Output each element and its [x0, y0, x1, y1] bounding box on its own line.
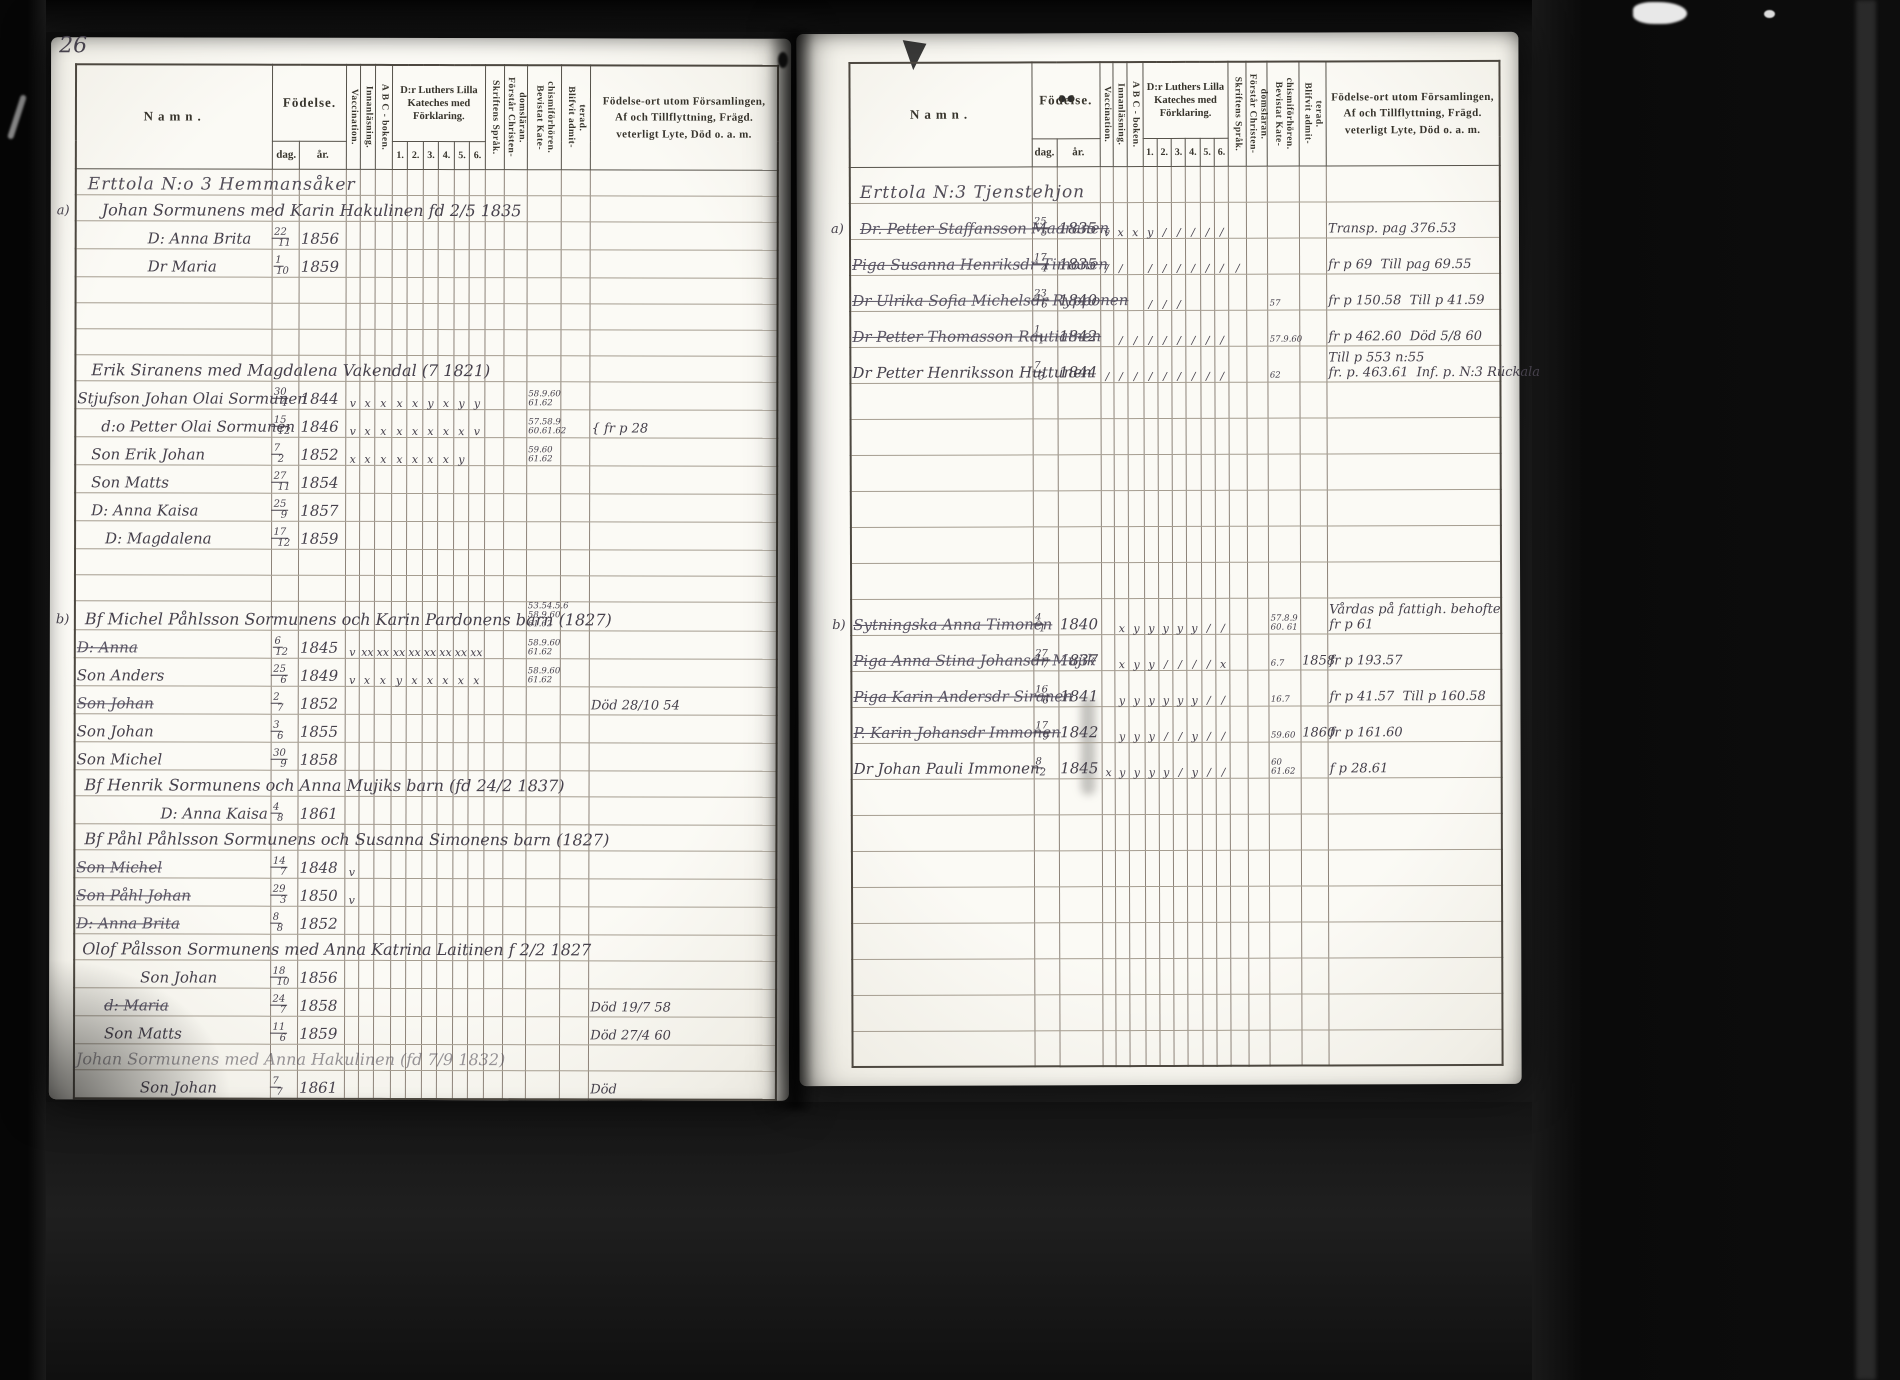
cell-mark: y — [454, 381, 470, 409]
section-title-row: Erttola N:o 3 Hemmansåker — [76, 168, 778, 195]
birth-day-denominator: 7 — [276, 1087, 282, 1097]
examination-mark: / — [1175, 730, 1186, 741]
cell-admitterad — [1302, 993, 1329, 1029]
cell-mark — [1174, 886, 1188, 922]
cell-bevistat — [526, 742, 560, 770]
examination-mark: y — [1160, 622, 1171, 633]
cell-birth-year: 1852 — [298, 686, 344, 714]
examination-mark: / — [1216, 226, 1227, 237]
examination-mark: x — [424, 675, 436, 686]
cell-mark — [484, 658, 503, 686]
examination-mark: / — [1175, 766, 1186, 777]
cell-mark — [359, 850, 374, 878]
cell-mark — [374, 714, 391, 742]
cell-mark: y — [1129, 706, 1145, 742]
cell-remark — [1327, 525, 1501, 562]
cell-mark: / — [1128, 346, 1144, 382]
record-row: Son Michel1471848v — [74, 849, 776, 878]
cell-mark — [1159, 922, 1173, 958]
examination-mark: y — [1130, 695, 1143, 706]
birth-day: 247 — [273, 994, 290, 1015]
cell-mark — [1144, 454, 1158, 490]
cell-name: D: Magdalena — [75, 520, 272, 548]
remark-note: f p 28.61 — [1330, 761, 1500, 776]
column-header-skriftens-sprak: Skriftens Språk. — [485, 65, 504, 169]
cell-mark — [1158, 382, 1172, 418]
cell-mark — [361, 169, 376, 195]
cell-mark — [1102, 850, 1116, 886]
cell-mark — [502, 960, 525, 988]
cell-birth-day — [1034, 886, 1059, 922]
cell-admitterad — [560, 549, 590, 575]
examination-mark: y — [1130, 731, 1143, 742]
cell-mark — [391, 575, 407, 601]
cell-mark — [1186, 274, 1200, 310]
cell-mark — [374, 988, 391, 1016]
cell-mark — [1174, 850, 1188, 886]
cell-mark — [1158, 418, 1172, 454]
cell-bevistat — [527, 549, 561, 575]
column-header-namn: Namn. — [76, 64, 273, 168]
birth-year: 1857 — [300, 501, 338, 519]
cell-mark — [1144, 418, 1158, 454]
record-row: Son Michel3091858 — [75, 741, 777, 770]
person-name: Johan Sormunens med Karin Hakulinen fd 2… — [78, 200, 522, 220]
cell-mark: y — [1173, 598, 1187, 634]
cell-mark — [437, 960, 453, 988]
cell-admitterad — [561, 221, 591, 249]
column-header-katekes-3: 3. — [1171, 138, 1185, 166]
cell-mark — [1128, 526, 1144, 562]
cell-birth-day — [1034, 850, 1059, 886]
cell-birth-year — [1059, 922, 1102, 958]
cell-mark — [483, 1016, 502, 1044]
cell-birth-day — [1033, 382, 1058, 418]
cell-mark — [503, 878, 526, 906]
examination-mark: / — [1188, 334, 1199, 345]
cell-remark — [590, 329, 777, 355]
cell-mark — [503, 714, 526, 742]
cell-mark — [1215, 382, 1229, 418]
cell-mark — [454, 249, 470, 277]
examination-mark: x — [361, 674, 373, 685]
cell-birth-year: 1861 — [298, 796, 344, 824]
cell-mark — [359, 906, 374, 934]
cell-mark — [375, 221, 392, 249]
cell-admitterad — [1300, 453, 1327, 489]
cell-bevistat: 58.9.60 61.62 — [527, 381, 561, 409]
cell-mark — [1202, 922, 1216, 958]
cell-birth-year — [299, 549, 345, 575]
cell-mark: / — [1157, 274, 1171, 310]
birth-year: 1845 — [300, 638, 338, 656]
cell-remark — [589, 714, 776, 742]
empty-row — [850, 381, 1500, 419]
cell-mark — [1102, 886, 1116, 922]
cell-mark — [1216, 562, 1230, 598]
person-name: Bf Michel Påhlsson Sormunens och Karin P… — [77, 609, 612, 629]
cell-birth-day — [1033, 418, 1058, 454]
cell-mark — [1215, 274, 1229, 310]
cell-bevistat — [527, 329, 561, 355]
cell-mark — [485, 303, 504, 329]
cell-mark: xx — [438, 630, 454, 658]
cell-mark — [407, 521, 423, 549]
cell-remark — [591, 169, 778, 195]
cell-mark — [423, 465, 439, 493]
person-name: Son Johan — [76, 968, 217, 986]
empty-row — [852, 777, 1502, 815]
cell-birth-day — [1033, 454, 1058, 490]
cell-bevistat — [526, 878, 560, 906]
cell-mark — [468, 906, 484, 934]
cell-bevistat: 60 61.62 — [1270, 742, 1301, 778]
cell-mark — [422, 714, 438, 742]
examination-mark: / — [1145, 371, 1156, 382]
cell-mark — [1116, 814, 1130, 850]
cell-mark — [422, 988, 438, 1016]
cell-mark — [361, 221, 376, 249]
remark-note: fr p 161.60 — [1330, 725, 1500, 740]
cell-mark — [1248, 670, 1270, 706]
film-edge-strip — [1856, 0, 1876, 1380]
bevistat-note: 58.9.60 61.62 — [528, 639, 559, 658]
column-header-katekes-2: 2. — [1157, 138, 1171, 166]
cell-mark: v — [344, 850, 359, 878]
examination-mark: / — [1173, 226, 1184, 237]
examination-mark: y — [471, 398, 483, 409]
cell-mark — [1115, 490, 1129, 526]
cell-mark — [406, 850, 422, 878]
cell-remark: Transp. pag 376.53 — [1326, 201, 1500, 238]
birth-day-denominator: 9 — [281, 510, 287, 520]
cell-bevistat — [527, 169, 561, 195]
cell-mark: x — [360, 381, 375, 409]
record-row: Bf Henrik Sormunens och Anna Mujiks barn… — [75, 769, 777, 796]
birth-year: 1859 — [301, 257, 339, 275]
cell-admitterad — [561, 329, 591, 355]
examination-mark: x — [455, 426, 467, 437]
cell-mark — [1144, 526, 1158, 562]
birth-day: 1810 — [273, 966, 290, 987]
cell-mark — [1128, 562, 1144, 598]
cell-remark — [1326, 165, 1500, 202]
cell-mark — [1158, 490, 1172, 526]
examination-mark: y — [1189, 694, 1200, 705]
cell-mark — [1249, 994, 1271, 1030]
cell-mark — [422, 742, 438, 770]
cell-mark: / — [1157, 238, 1171, 274]
empty-row — [851, 489, 1501, 527]
examination-mark: y — [1160, 766, 1171, 777]
person-name: Son Michel — [77, 750, 163, 768]
person-name: Son Anders — [77, 666, 165, 684]
cell-mark: v — [469, 409, 485, 437]
cell-bevistat: 62 — [1268, 346, 1299, 382]
household-title: Erttola N:3 Tjenstehjon — [852, 182, 1085, 203]
cell-remark — [590, 381, 777, 409]
cell-birth-year: 1852 — [299, 437, 345, 465]
cell-remark — [590, 277, 777, 303]
record-row: Son Påhl Johan2931850v — [74, 877, 776, 906]
examination-mark: y — [1146, 731, 1157, 742]
cell-mark — [1114, 454, 1128, 490]
cell-mark — [452, 988, 468, 1016]
cell-admitterad — [561, 195, 591, 221]
cell-mark — [391, 988, 407, 1016]
column-header-katekes-4: 4. — [439, 141, 455, 169]
cell-admitterad — [1301, 885, 1328, 921]
cell-mark — [375, 575, 392, 601]
cell-mark — [484, 742, 503, 770]
birth-year: 1856 — [301, 229, 339, 247]
cell-mark — [438, 493, 454, 521]
cell-mark — [1129, 886, 1145, 922]
cell-mark — [502, 1016, 525, 1044]
cell-mark — [470, 169, 486, 195]
cell-mark — [504, 409, 527, 437]
record-row: D: Anna6121845vxxxxxxxxxxxxxxxx58.9.60 6… — [75, 629, 777, 658]
cell-name — [75, 574, 272, 600]
record-table-right: Namn. Födelse. Vaccination. Innanläsning… — [848, 60, 1503, 1068]
record-row: a)Johan Sormunens med Karin Hakulinen fd… — [76, 194, 778, 221]
remark-note: fr p 193.57 — [1329, 653, 1499, 668]
cell-admitterad — [559, 960, 589, 988]
bevistat-note: 58.9.60 61.62 — [528, 667, 559, 686]
examination-mark: / — [1218, 766, 1229, 777]
record-row: d: Maria2471858Död 19/7 58 — [74, 987, 776, 1016]
cell-bevistat — [1268, 238, 1299, 274]
cell-mark — [504, 169, 527, 195]
examination-mark: / — [1203, 622, 1214, 633]
cell-bevistat — [527, 277, 561, 303]
cell-name: Bf Henrik Sormunens och Anna Mujiks barn… — [75, 769, 272, 795]
margin-annotation: a) — [831, 221, 844, 236]
person-name: D: Magdalena — [77, 529, 212, 547]
cell-bevistat: 58.9.60 61.62 — [526, 630, 560, 658]
cell-mark — [1128, 274, 1144, 310]
birth-day-denominator: 3 — [280, 895, 286, 905]
cell-mark — [1173, 778, 1187, 814]
cell-admitterad — [560, 850, 590, 878]
cell-mark — [1202, 778, 1216, 814]
cell-mark — [485, 329, 504, 355]
empty-row — [852, 957, 1502, 995]
cell-mark — [1188, 994, 1202, 1030]
cell-birth-year — [1058, 418, 1101, 454]
examination-mark: xx — [470, 647, 482, 658]
cell-mark — [437, 878, 453, 906]
cell-admitterad — [1300, 525, 1327, 561]
cell-mark — [344, 960, 359, 988]
cell-birth-day: 1810 — [271, 960, 298, 988]
examination-mark: / — [1216, 262, 1227, 273]
birth-year: 1859 — [300, 529, 338, 547]
cell-admitterad — [1301, 921, 1328, 957]
record-row: Piga Anna Stina Johansdr Mujik2771837xyy… — [851, 633, 1501, 671]
cell-mark: / — [1215, 310, 1229, 346]
cell-name: d: Maria — [74, 987, 271, 1015]
cell-mark: / — [1159, 706, 1173, 742]
cell-remark — [1329, 1029, 1503, 1066]
remark-note: Död — [590, 1083, 774, 1098]
cell-mark — [1102, 922, 1116, 958]
person-name: Sytningska Anna Timonen — [853, 615, 1052, 634]
examination-mark: y — [393, 674, 405, 685]
cell-mark: x — [438, 381, 454, 409]
cell-birth-year — [1058, 490, 1101, 526]
cell-birth-year: 1858 — [298, 742, 344, 770]
examination-mark: / — [1189, 658, 1200, 669]
cell-mark — [1127, 166, 1143, 202]
cell-mark — [1229, 166, 1247, 202]
cell-mark — [484, 796, 503, 824]
cell-mark — [359, 1070, 374, 1099]
cell-mark — [345, 714, 360, 742]
cell-mark — [1188, 1030, 1202, 1066]
column-header-innanlasning: Innanläsning. — [361, 65, 376, 169]
cell-mark — [391, 742, 407, 770]
cell-mark: / — [1216, 706, 1230, 742]
cell-mark — [406, 988, 422, 1016]
cell-mark: y — [1129, 742, 1145, 778]
cell-mark — [453, 960, 469, 988]
cell-mark: / — [1201, 346, 1215, 382]
cell-name — [851, 490, 1034, 527]
cell-mark — [1203, 958, 1217, 994]
cell-mark — [1230, 490, 1248, 526]
cell-mark — [407, 575, 423, 601]
cell-birth-day — [272, 549, 299, 575]
examination-mark: / — [1160, 658, 1171, 669]
cell-mark — [375, 277, 392, 303]
cell-mark — [1101, 490, 1115, 526]
cell-mark — [1231, 814, 1249, 850]
cell-bevistat — [1270, 922, 1301, 958]
cell-mark — [1101, 634, 1115, 670]
cell-remark — [590, 521, 777, 549]
examination-mark: xx — [393, 646, 405, 657]
cell-mark — [392, 521, 408, 549]
cell-mark: y — [1187, 670, 1201, 706]
cell-remark — [591, 195, 778, 221]
cell-mark — [375, 329, 392, 355]
cell-mark: xx — [453, 630, 469, 658]
cell-mark — [504, 303, 527, 329]
cell-admitterad — [1301, 957, 1328, 993]
cell-mark — [1146, 1030, 1160, 1066]
birth-year: 1852 — [300, 694, 338, 712]
cell-birth-year — [299, 329, 345, 355]
cell-mark — [1248, 742, 1270, 778]
cell-mark — [502, 1044, 525, 1070]
cell-name: b)Bf Michel Påhlsson Sormunens och Karin… — [75, 600, 272, 629]
cell-mark — [484, 714, 503, 742]
column-header-forstar-christendomslaran: Förstår Christen- domsläran. — [1246, 62, 1268, 166]
cell-mark — [1157, 166, 1171, 202]
record-row: b)Bf Michel Påhlsson Sormunens och Karin… — [75, 600, 777, 631]
birth-day-denominator: 7 — [280, 867, 286, 877]
cell-mark — [469, 521, 485, 549]
column-header-blifvit-admitterad: Blifvit admit- terad. — [561, 65, 591, 169]
cell-name: a)Johan Sormunens med Karin Hakulinen fd… — [76, 194, 273, 220]
cell-bevistat — [526, 850, 560, 878]
cell-birth-year: 1842 — [1059, 706, 1102, 742]
cell-mark — [422, 796, 438, 824]
cell-admitterad — [560, 796, 590, 824]
cell-mark — [503, 575, 526, 601]
examination-mark: / — [1174, 658, 1185, 669]
cell-remark: Vårdas på fattigh. behofte fr p 61 — [1328, 597, 1502, 634]
birth-day-denominator: 12 — [278, 538, 291, 548]
record-row: P. Karin Johansdr Immonen1791842yyy//y//… — [851, 705, 1501, 743]
birth-day-denominator: 9 — [280, 759, 286, 769]
column-header-katekes-6: 6. — [1214, 138, 1228, 166]
cell-mark — [484, 906, 503, 934]
cell-mark: x — [407, 658, 423, 686]
cell-mark — [408, 221, 424, 249]
cell-mark — [503, 658, 526, 686]
examination-mark: / — [1202, 370, 1213, 381]
cell-remark — [589, 906, 776, 934]
cell-remark — [590, 549, 777, 575]
remark-note: Till p 553 n:55 fr. p. 463.61 Inf. p. N:… — [1328, 351, 1498, 381]
cell-remark — [1327, 417, 1501, 454]
cell-mark — [438, 742, 454, 770]
cell-mark — [1159, 778, 1173, 814]
empty-row — [75, 574, 777, 601]
empty-row — [75, 328, 777, 355]
bevistat-note: 60 61.62 — [1271, 758, 1299, 777]
examination-mark: / — [1145, 299, 1156, 310]
cell-birth-day: 110 — [273, 249, 300, 277]
birth-day: 72 — [274, 443, 284, 464]
cell-mark — [1102, 778, 1116, 814]
cell-mark — [437, 988, 453, 1016]
examination-mark: / — [1202, 226, 1213, 237]
cell-mark — [1247, 490, 1269, 526]
cell-mark — [468, 742, 484, 770]
examination-mark: / — [1116, 371, 1127, 382]
birth-year: 1855 — [300, 722, 338, 740]
cell-name: P. Karin Johansdr Immonen — [851, 706, 1034, 743]
cell-mark: x — [438, 409, 454, 437]
birth-day-denominator: 8 — [277, 813, 283, 823]
examination-mark: / — [1129, 335, 1142, 346]
cell-admitterad — [559, 1070, 589, 1099]
examination-mark: / — [1217, 622, 1228, 633]
birth-year: 1852 — [300, 445, 338, 463]
scan-speck — [1764, 10, 1775, 18]
examination-mark: y — [1174, 622, 1185, 633]
cell-mark — [406, 878, 422, 906]
cell-mark — [1229, 346, 1247, 382]
cell-remark — [1328, 561, 1502, 598]
cell-mark: / — [1202, 634, 1216, 670]
record-row: Son Matts1161859Död 27/4 60 — [74, 1015, 776, 1044]
cell-name: Son Michel — [74, 849, 271, 877]
cell-mark — [1246, 238, 1268, 274]
cell-mark — [1247, 310, 1269, 346]
cell-mark — [468, 714, 484, 742]
cell-remark — [1329, 885, 1503, 922]
cell-birth-year: 1859 — [299, 521, 345, 549]
examination-mark: x — [347, 453, 359, 464]
cell-mark — [359, 742, 374, 770]
cell-mark — [468, 1070, 484, 1099]
cell-mark — [1215, 454, 1229, 490]
birth-day-denominator: 2 — [1040, 768, 1046, 778]
